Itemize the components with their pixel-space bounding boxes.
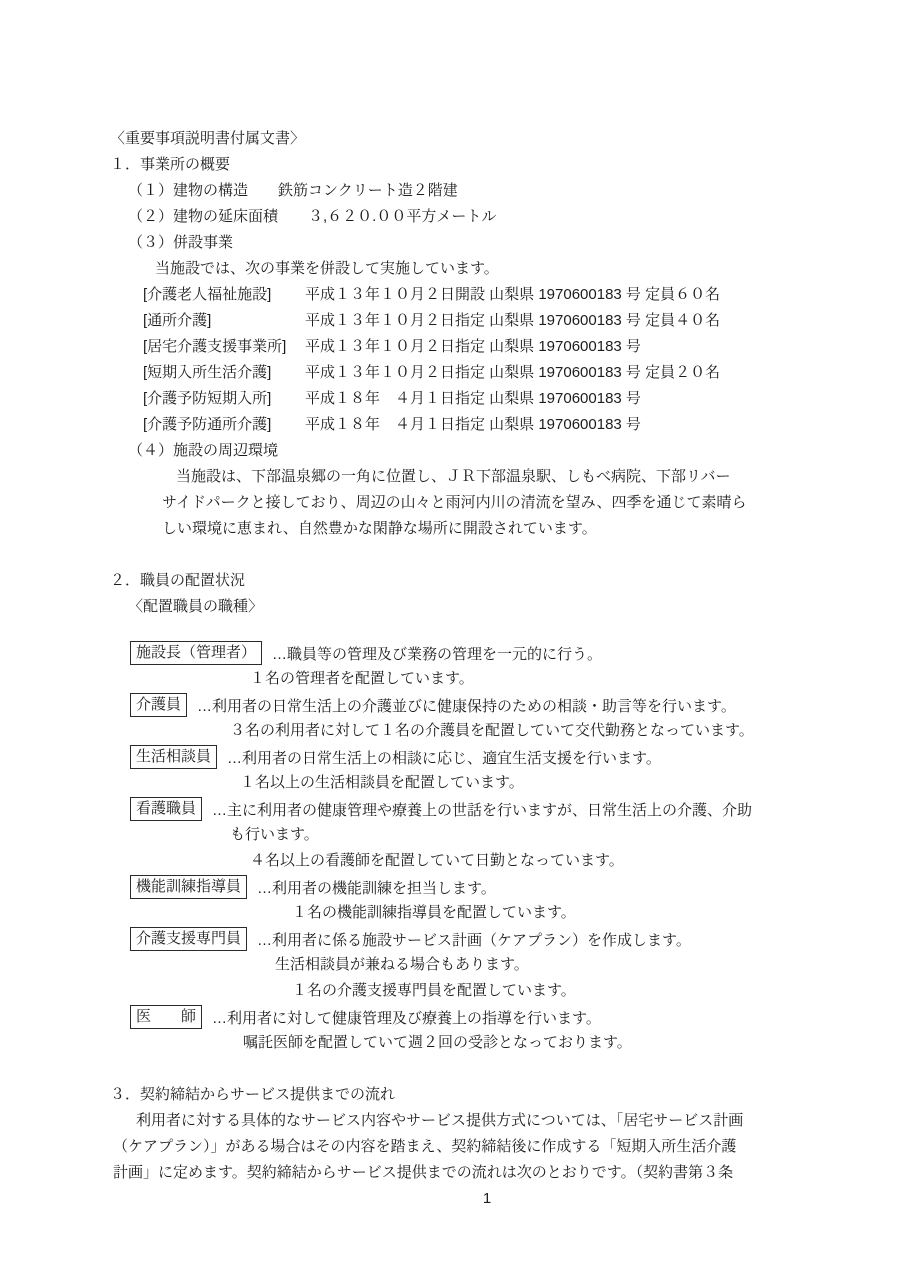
facility-name: [介護予防短期入所]: [143, 386, 305, 412]
role-extra-line: １名の管理者を配置しています。: [250, 666, 864, 692]
role-desc: …利用者に係る施設サービス計画（ケアプラン）を作成します。: [257, 929, 691, 950]
building-structure-value: 鉄筋コンクリート造２階建: [278, 182, 458, 199]
role-extra-line: 嘱託医師を配置していて週２回の受診となっております。: [243, 1030, 864, 1056]
role-row: 生活相談員 …利用者の日常生活上の相談に応じ、適宜生活支援を行います。: [130, 744, 864, 770]
role-row: 介護員 …利用者の日常生活上の介護並びに健康保持のための相談・助言等を行います。: [130, 692, 864, 718]
building-structure-line: （１）建物の構造鉄筋コンクリート造２階建: [128, 178, 864, 204]
role-extra-line: １名の介護支援専門員を配置しています。: [292, 978, 864, 1004]
facility-detail: 平成１３年１０月２日指定 山梨県 1970600183 号: [305, 334, 641, 360]
floor-area-value: ３,６２０.００平方メートル: [308, 208, 496, 225]
role-title-box: 施設長（管理者）: [130, 641, 262, 665]
surroundings-line: サイドパークと接しており、周辺の山々と雨河内川の清流を望み、四季を通じて素晴ら: [162, 490, 864, 516]
section3-line: 計画」に定めます。契約締結からサービス提供までの流れは次のとおりです。（契約書第…: [113, 1160, 864, 1186]
facility-detail: 平成１８年 ４月１日指定 山梨県 1970600183 号: [305, 386, 641, 412]
page-number: 1: [110, 1186, 864, 1212]
blank-line: [110, 620, 864, 640]
role-title-box: 看護職員: [130, 797, 202, 821]
role-title-box: 介護支援専門員: [130, 927, 247, 951]
floor-area-label: （２）建物の延床面積: [128, 208, 278, 225]
role-title-box: 医 師: [130, 1005, 202, 1029]
facility-row: [介護老人福祉施設] 平成１３年１０月２日開設 山梨県 1970600183 号…: [143, 282, 864, 308]
role-desc: …利用者の機能訓練を担当します。: [257, 877, 496, 898]
role-row: 機能訓練指導員 …利用者の機能訓練を担当します。: [130, 874, 864, 900]
role-extra-line: ４名以上の看護師を配置していて日勤となっています。: [250, 848, 864, 874]
section3-line: 利用者に対する具体的なサービス内容やサービス提供方式については、「居宅サービス計…: [136, 1108, 864, 1134]
role-title-box: 介護員: [130, 693, 187, 717]
section2-heading: ２．職員の配置状況: [110, 568, 864, 594]
role-desc: …利用者に対して健康管理及び療養上の指導を行います。: [212, 1007, 601, 1028]
role-extra-line: １名以上の生活相談員を配置しています。: [240, 770, 864, 796]
surroundings-label: （４）施設の周辺環境: [128, 438, 864, 464]
role-desc: …主に利用者の健康管理や療養上の世話を行いますが、日常生活上の介護、介助: [212, 799, 752, 820]
role-row: 医 師 …利用者に対して健康管理及び療養上の指導を行います。: [130, 1004, 864, 1030]
role-row: 施設長（管理者） …職員等の管理及び業務の管理を一元的に行う。: [130, 640, 864, 666]
facility-detail: 平成１３年１０月２日指定 山梨県 1970600183 号 定員２０名: [305, 360, 720, 386]
facility-name: [介護老人福祉施設]: [143, 282, 305, 308]
facility-detail: 平成１８年 ４月１日指定 山梨県 1970600183 号: [305, 412, 641, 438]
surroundings-line: しい環境に恵まれ、自然豊かな閑静な場所に開設されています。: [162, 516, 864, 542]
facility-row: [通所介護] 平成１３年１０月２日指定 山梨県 1970600183 号 定員４…: [143, 308, 864, 334]
surroundings-line: 当施設は、下部温泉郷の一角に位置し、ＪＲ下部温泉駅、しもべ病院、下部リバー: [176, 464, 864, 490]
annex-business-label: （３）併設事業: [128, 230, 864, 256]
facility-name: [通所介護]: [143, 308, 305, 334]
blank-line: [110, 542, 864, 568]
role-title-box: 生活相談員: [130, 745, 217, 769]
facility-name: [居宅介護支援事業所]: [143, 334, 305, 360]
blank-line: [110, 1056, 864, 1082]
role-desc: …利用者の日常生活上の介護並びに健康保持のための相談・助言等を行います。: [197, 695, 736, 716]
section3-heading: ３．契約締結からサービス提供までの流れ: [110, 1082, 864, 1108]
role-row: 介護支援専門員 …利用者に係る施設サービス計画（ケアプラン）を作成します。: [130, 926, 864, 952]
document-page: 〈重要事項説明書付属文書〉 １．事業所の概要 （１）建物の構造鉄筋コンクリート造…: [0, 0, 904, 1279]
section1-heading: １．事業所の概要: [110, 152, 864, 178]
facility-row: [介護予防短期入所] 平成１８年 ４月１日指定 山梨県 1970600183 号: [143, 386, 864, 412]
role-extra-line: ３名の利用者に対して１名の介護員を配置していて交代勤務となっています。: [230, 718, 864, 744]
role-desc: …職員等の管理及び業務の管理を一元的に行う。: [272, 643, 602, 664]
section2-subheading: 〈配置職員の職種〉: [128, 594, 864, 620]
document-content: 〈重要事項説明書付属文書〉 １．事業所の概要 （１）建物の構造鉄筋コンクリート造…: [110, 126, 864, 1212]
role-title-box: 機能訓練指導員: [130, 875, 247, 899]
annex-business-intro: 当施設では、次の事業を併設して実施しています。: [155, 256, 864, 282]
facility-detail: 平成１３年１０月２日開設 山梨県 1970600183 号 定員６０名: [305, 282, 720, 308]
role-row: 看護職員 …主に利用者の健康管理や療養上の世話を行いますが、日常生活上の介護、介…: [130, 796, 864, 822]
doc-title: 〈重要事項説明書付属文書〉: [110, 126, 864, 152]
facility-detail: 平成１３年１０月２日指定 山梨県 1970600183 号 定員４０名: [305, 308, 720, 334]
facility-row: [介護予防通所介護] 平成１８年 ４月１日指定 山梨県 1970600183 号: [143, 412, 864, 438]
role-desc: …利用者の日常生活上の相談に応じ、適宜生活支援を行います。: [227, 747, 661, 768]
role-extra-line: も行います。: [230, 822, 864, 848]
role-extra-line: 生活相談員が兼ねる場合もあります。: [275, 952, 864, 978]
section3-line: （ケアプラン）」がある場合はその内容を踏まえ、契約締結後に作成する「短期入所生活…: [113, 1134, 864, 1160]
role-extra-line: １名の機能訓練指導員を配置しています。: [292, 900, 864, 926]
floor-area-line: （２）建物の延床面積３,６２０.００平方メートル: [128, 204, 864, 230]
building-structure-label: （１）建物の構造: [128, 182, 248, 199]
facility-row: [居宅介護支援事業所] 平成１３年１０月２日指定 山梨県 1970600183 …: [143, 334, 864, 360]
facility-row: [短期入所生活介護] 平成１３年１０月２日指定 山梨県 1970600183 号…: [143, 360, 864, 386]
facility-name: [短期入所生活介護]: [143, 360, 305, 386]
facility-name: [介護予防通所介護]: [143, 412, 305, 438]
